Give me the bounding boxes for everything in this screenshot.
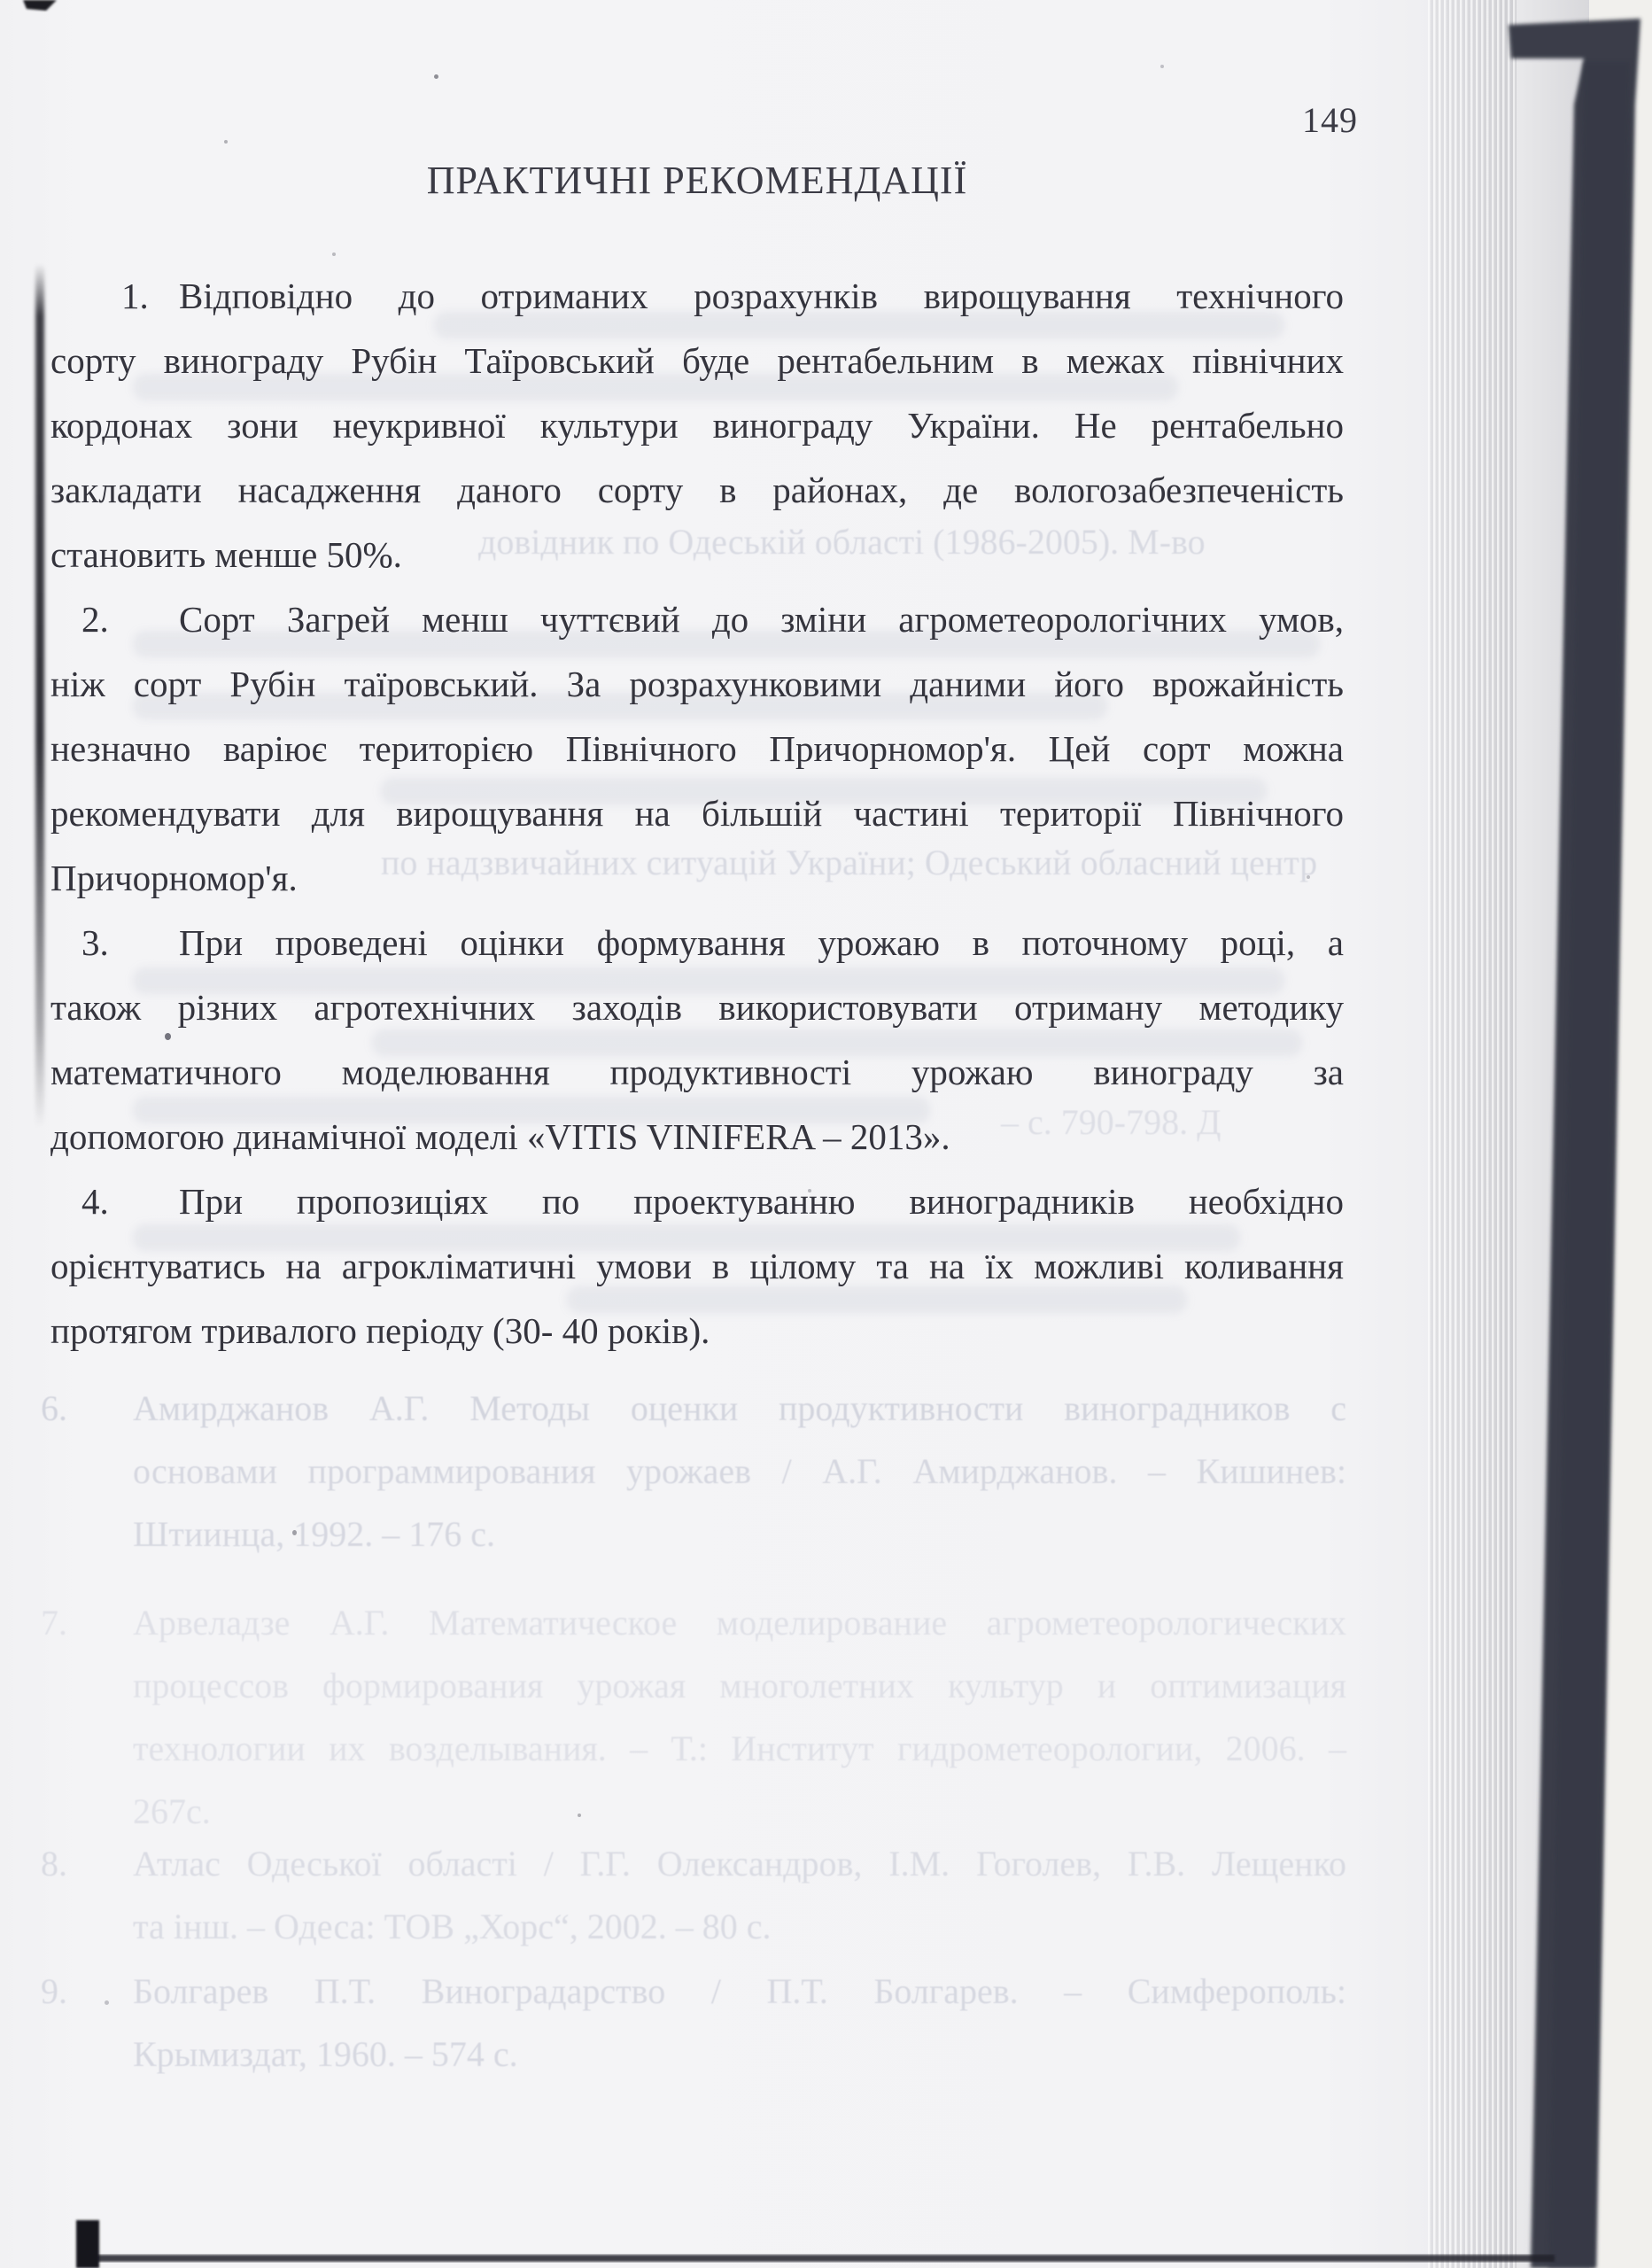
- body-line: також різних агротехнічних заходів викор…: [50, 986, 1344, 1037]
- dust-speck: [292, 1530, 297, 1535]
- body-line: Причорномор'я.: [50, 857, 1344, 908]
- body-line: кордонах зони неукривної культури виногр…: [50, 404, 1344, 455]
- scanned-book-page: довідник по Одеській області (1986-2005)…: [0, 0, 1652, 2268]
- body-line: рекомендувати для вирощування на більшій…: [50, 792, 1344, 843]
- dust-speck: [224, 140, 228, 144]
- dust-speck: [808, 1189, 811, 1192]
- body-line: незначно варіює територією Північного Пр…: [50, 727, 1344, 779]
- body-line: 3. При проведені оцінки формування урожа…: [50, 921, 1344, 973]
- body-line: 4. При пропозиціях по проектуванню виног…: [50, 1180, 1344, 1231]
- body-line: орієнтуватись на агрокліматичні умови в …: [50, 1245, 1344, 1296]
- dust-speck: [165, 1033, 171, 1040]
- body-line: протягом тривалого періоду (30- 40 років…: [50, 1309, 1344, 1361]
- dust-speck: [578, 1814, 581, 1817]
- body-line: становить менше 50%.: [50, 533, 1344, 585]
- line-text: Відповідно до отриманих розрахунків виро…: [179, 275, 1344, 317]
- body-line: 1. Відповідно до отриманих розрахунків в…: [50, 275, 1344, 326]
- list-marker: 3.: [81, 921, 109, 964]
- line-text: При проведені оцінки формування урожаю в…: [179, 921, 1344, 964]
- dust-speck: [434, 74, 438, 79]
- body-line: сорту винограду Рубін Таїровський буде р…: [50, 339, 1344, 391]
- body-line: ніж сорт Рубін таїровський. За розрахунк…: [50, 663, 1344, 714]
- list-marker: 4.: [81, 1180, 109, 1223]
- body-line: закладати насадження даного сорту в райо…: [50, 469, 1344, 520]
- body-line: допомогою динамічної моделі «VITIS VINIF…: [50, 1115, 1344, 1167]
- list-marker: 1.: [121, 275, 149, 317]
- dust-speck: [332, 252, 336, 256]
- list-marker: 2.: [81, 598, 109, 641]
- dust-speck: [105, 2000, 109, 2005]
- dust-speck: [1307, 875, 1310, 879]
- body-text: 1. Відповідно до отриманих розрахунків в…: [50, 0, 1344, 2268]
- body-line: математичного моделювання продуктивності…: [50, 1051, 1344, 1102]
- body-line: 2. Сорт Загрей менш чуттєвий до зміни аг…: [50, 598, 1344, 649]
- line-text: При пропозиціях по проектуванню виноград…: [179, 1180, 1344, 1223]
- line-text: Сорт Загрей менш чуттєвий до зміни агром…: [179, 598, 1344, 641]
- dust-speck: [1160, 65, 1164, 68]
